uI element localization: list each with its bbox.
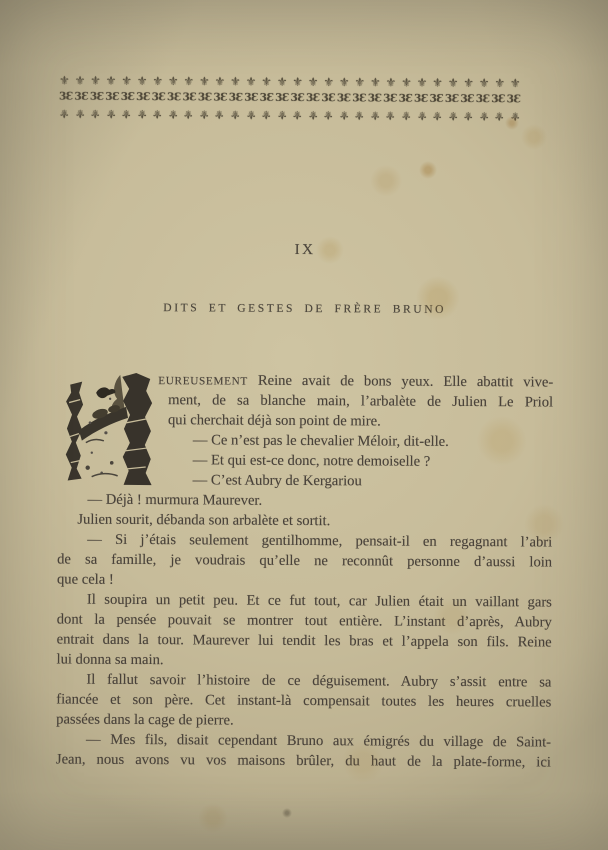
- fleur-de-lis-icon: ⚜: [261, 74, 272, 91]
- fleur-de-lis-icon: ⚜: [75, 73, 86, 90]
- scroll-motif: 3Ɛ: [290, 90, 304, 107]
- fleur-de-lis-icon: ⚜: [401, 107, 412, 124]
- fleur-de-lis-icon: ⚜: [432, 107, 443, 124]
- fleur-de-lis-icon: ⚜: [121, 73, 132, 90]
- fleur-de-lis-icon: ⚜: [292, 106, 303, 123]
- fleur-de-lis-icon: ⚜: [106, 73, 117, 90]
- scroll-motif: 3Ɛ: [275, 90, 289, 107]
- fleur-de-lis-icon: ⚜: [385, 106, 396, 123]
- fleur-de-lis-icon: ⚜: [183, 105, 194, 122]
- fleur-de-lis-icon: ⚜: [246, 74, 257, 91]
- fleur-de-lis-icon: ⚜: [137, 73, 148, 90]
- fleur-de-lis-icon: ⚜: [447, 107, 458, 124]
- fleur-de-lis-icon: ⚜: [354, 106, 365, 123]
- fleur-de-lis-icon: ⚜: [432, 75, 443, 92]
- fleur-de-lis-icon: ⚜: [199, 105, 210, 122]
- text-line: — Déjà ! murmura Maurever.: [87, 490, 552, 513]
- fleur-de-lis-icon: ⚜: [417, 75, 428, 92]
- ornament-row-bottom: ⚜⚜⚜⚜⚜⚜⚜⚜⚜⚜⚜⚜⚜⚜⚜⚜⚜⚜⚜⚜⚜⚜⚜⚜⚜⚜⚜⚜⚜⚜: [59, 104, 521, 124]
- scroll-motif: 3Ɛ: [507, 91, 521, 108]
- fleur-de-lis-icon: ⚜: [510, 107, 521, 124]
- text-line: Jean, nous avons vu vos maisons brûler, …: [56, 749, 551, 772]
- fleur-de-lis-icon: ⚜: [323, 74, 334, 91]
- fleur-de-lis-icon: ⚜: [168, 105, 179, 122]
- text-line: qui cherchait déjà son point de mire.: [168, 410, 553, 432]
- scroll-motif: 3Ɛ: [136, 89, 150, 106]
- fleur-de-lis-icon: ⚜: [230, 74, 241, 91]
- scroll-motif: 3Ɛ: [306, 90, 320, 107]
- fleur-de-lis-icon: ⚜: [385, 74, 396, 91]
- scroll-motif: 3Ɛ: [182, 89, 196, 106]
- scroll-motif: 3Ɛ: [244, 90, 258, 107]
- fleur-de-lis-icon: ⚜: [277, 74, 288, 91]
- text-line: Il soupira un petit peu. Et ce fut tout,…: [87, 590, 552, 613]
- scroll-motif: 3Ɛ: [368, 90, 382, 107]
- fleur-de-lis-icon: ⚜: [323, 106, 334, 123]
- text-line: Il fallut savoir l’histoire de ce déguis…: [86, 670, 551, 693]
- text-line: — C’est Aubry de Kergariou: [193, 470, 553, 492]
- fleur-de-lis-icon: ⚜: [339, 74, 350, 91]
- body-text: EUREUSEMENT Reine avait de bons yeux. El…: [56, 369, 553, 772]
- fleur-de-lis-icon: ⚜: [214, 73, 225, 90]
- scroll-motif: 3Ɛ: [59, 88, 73, 105]
- text-line: — Mes fils, disait cependant Bruno aux é…: [86, 730, 551, 753]
- scroll-motif: 3Ɛ: [383, 90, 397, 107]
- fleur-de-lis-icon: ⚜: [199, 73, 210, 90]
- fleur-de-lis-icon: ⚜: [137, 105, 148, 122]
- text-line: ment, de sa blanche main, l’arbalète de …: [168, 390, 553, 412]
- scroll-motif: 3Ɛ: [152, 89, 166, 106]
- scroll-motif: 3Ɛ: [321, 90, 335, 107]
- fleur-de-lis-icon: ⚜: [494, 107, 505, 124]
- book-page-scan: ⚜⚜⚜⚜⚜⚜⚜⚜⚜⚜⚜⚜⚜⚜⚜⚜⚜⚜⚜⚜⚜⚜⚜⚜⚜⚜⚜⚜⚜⚜ 3Ɛ3Ɛ3Ɛ3Ɛ3…: [0, 0, 608, 850]
- fleur-de-lis-icon: ⚜: [245, 106, 256, 123]
- text-line: — Ce n’est pas le chevalier Méloir, dit-…: [193, 430, 553, 452]
- scroll-motif: 3Ɛ: [105, 89, 119, 106]
- fleur-de-lis-icon: ⚜: [59, 104, 70, 121]
- fleur-de-lis-icon: ⚜: [463, 75, 474, 92]
- scroll-motif: 3Ɛ: [90, 89, 104, 106]
- smallcaps-lead: EUREUSEMENT: [158, 375, 248, 388]
- fleur-de-lis-icon: ⚜: [183, 73, 194, 90]
- fleur-de-lis-icon: ⚜: [370, 74, 381, 91]
- scroll-motif: 3Ɛ: [491, 91, 505, 108]
- scroll-motif: 3Ɛ: [213, 89, 227, 106]
- fleur-de-lis-icon: ⚜: [74, 105, 85, 122]
- fleur-de-lis-icon: ⚜: [479, 75, 490, 92]
- fleur-de-lis-icon: ⚜: [230, 106, 241, 123]
- fleur-de-lis-icon: ⚜: [448, 75, 459, 92]
- ornament-band: ⚜⚜⚜⚜⚜⚜⚜⚜⚜⚜⚜⚜⚜⚜⚜⚜⚜⚜⚜⚜⚜⚜⚜⚜⚜⚜⚜⚜⚜⚜ 3Ɛ3Ɛ3Ɛ3Ɛ3…: [59, 72, 521, 129]
- text-line: — Si j’étais seulement gentilhomme, pens…: [87, 530, 552, 553]
- fleur-de-lis-icon: ⚜: [276, 106, 287, 123]
- fleur-de-lis-icon: ⚜: [401, 75, 412, 92]
- text-line: de sa famille, je voudrais qu’elle ne re…: [57, 549, 552, 572]
- fleur-de-lis-icon: ⚜: [261, 106, 272, 123]
- fleur-de-lis-icon: ⚜: [494, 75, 505, 92]
- scroll-motif: 3Ɛ: [429, 91, 443, 108]
- chapter-number: IX: [1, 240, 608, 261]
- fleur-de-lis-icon: ⚜: [59, 72, 70, 89]
- text-line: EUREUSEMENT Reine avait de bons yeux. El…: [158, 370, 553, 392]
- fleur-de-lis-icon: ⚜: [370, 106, 381, 123]
- fleur-de-lis-icon: ⚜: [152, 73, 163, 90]
- scroll-motif: 3Ɛ: [74, 89, 88, 106]
- chapter-title: DITS ET GESTES DE FRÈRE BRUNO: [1, 301, 608, 317]
- fleur-de-lis-icon: ⚜: [292, 74, 303, 91]
- scroll-motif: 3Ɛ: [167, 89, 181, 106]
- scroll-motif: 3Ɛ: [414, 91, 428, 108]
- scroll-motif: 3Ɛ: [229, 90, 243, 107]
- fleur-de-lis-icon: ⚜: [463, 107, 474, 124]
- scroll-motif: 3Ɛ: [260, 90, 274, 107]
- fleur-de-lis-icon: ⚜: [354, 74, 365, 91]
- scroll-motif: 3Ɛ: [337, 90, 351, 107]
- text-line: — Et qui est-ce donc, notre demoiselle ?: [193, 450, 553, 472]
- fleur-de-lis-icon: ⚜: [416, 107, 427, 124]
- page-content: ⚜⚜⚜⚜⚜⚜⚜⚜⚜⚜⚜⚜⚜⚜⚜⚜⚜⚜⚜⚜⚜⚜⚜⚜⚜⚜⚜⚜⚜⚜ 3Ɛ3Ɛ3Ɛ3Ɛ3…: [0, 0, 608, 850]
- fleur-de-lis-icon: ⚜: [105, 105, 116, 122]
- fleur-de-lis-icon: ⚜: [121, 105, 132, 122]
- scroll-motif: 3Ɛ: [352, 90, 366, 107]
- fleur-de-lis-icon: ⚜: [90, 105, 101, 122]
- fleur-de-lis-icon: ⚜: [168, 73, 179, 90]
- fleur-de-lis-icon: ⚜: [308, 74, 319, 91]
- fleur-de-lis-icon: ⚜: [214, 105, 225, 122]
- fleur-de-lis-icon: ⚜: [308, 106, 319, 123]
- scroll-motif: 3Ɛ: [121, 89, 135, 106]
- scroll-motif: 3Ɛ: [198, 89, 212, 106]
- scroll-motif: 3Ɛ: [460, 91, 474, 108]
- fleur-de-lis-icon: ⚜: [510, 75, 521, 92]
- fleur-de-lis-icon: ⚜: [152, 105, 163, 122]
- fleur-de-lis-icon: ⚜: [479, 107, 490, 124]
- fleur-de-lis-icon: ⚜: [90, 73, 101, 90]
- scroll-motif: 3Ɛ: [399, 91, 413, 108]
- scroll-motif: 3Ɛ: [445, 91, 459, 108]
- fleur-de-lis-icon: ⚜: [339, 106, 350, 123]
- scroll-motif: 3Ɛ: [476, 91, 490, 108]
